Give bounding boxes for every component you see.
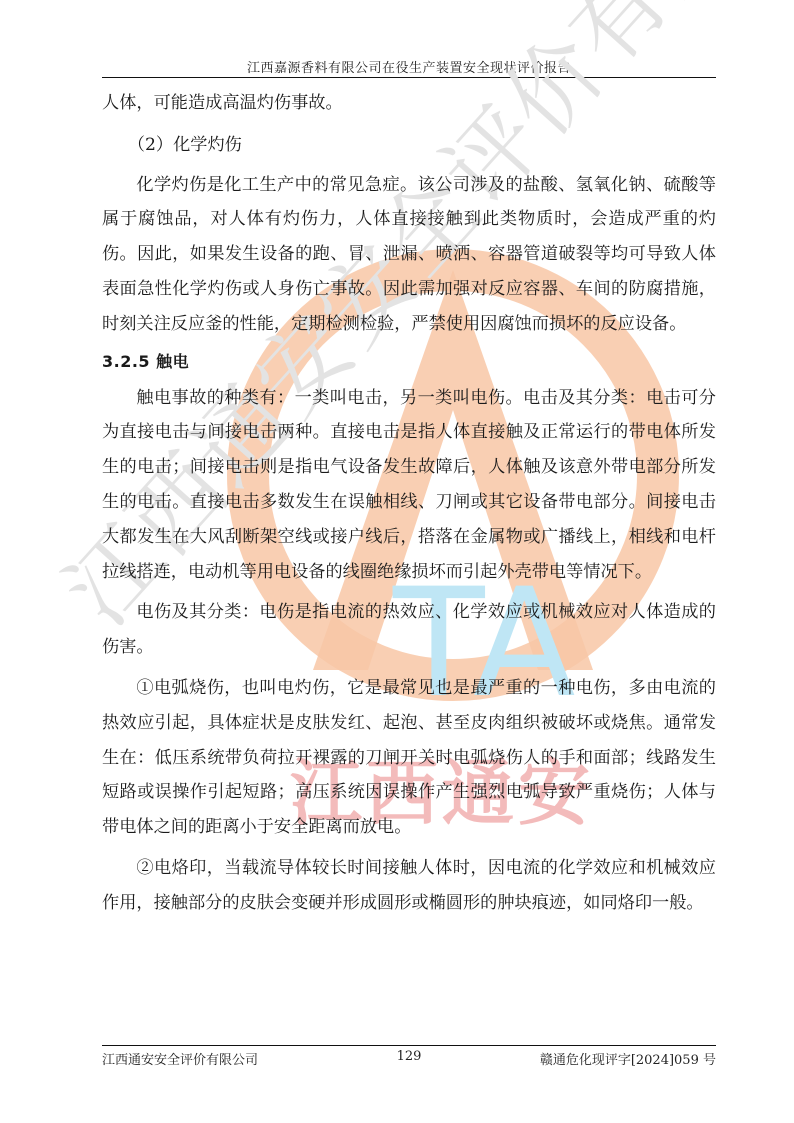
- paragraph-electric-shock: 触电事故的种类有：一类叫电击，另一类叫电伤。电击及其分类：电击可分为直接电击与间…: [102, 381, 716, 590]
- running-footer: 江西通安安全评价有限公司 129 赣通危化现评字[2024]059 号: [102, 1049, 716, 1069]
- section-heading: 3.2.5 触电: [102, 345, 716, 379]
- paragraph-arc-burn: ①电弧烧伤，也叫电灼伤，它是最常见也是最严重的一种电伤，多由电流的热效应引起，具…: [102, 671, 716, 845]
- paragraph-electric-injury: 电伤及其分类：电伤是指电流的热效应、化学效应或机械效应对人体造成的伤害。: [102, 595, 716, 665]
- running-header: 江西嘉源香料有限公司在役生产装置安全现状评价报告: [102, 57, 716, 76]
- paragraph-continuation: 人体，可能造成高温灼伤事故。: [102, 86, 716, 121]
- header-rule: [102, 77, 716, 78]
- paragraph-chemical-burn: 化学灼伤是化工生产中的常见急症。该公司涉及的盐酸、氢氧化钠、硫酸等属于腐蚀品，对…: [102, 168, 716, 342]
- paragraph-electric-mark: ②电烙印，当载流导体较长时间接触人体时，因电流的化学效应和机械效应作用，接触部分…: [102, 851, 716, 921]
- document-page: TA 江西通安安全评价有限公司 江西通安 江西嘉源香料有限公司在役生产装置安全现…: [0, 0, 794, 1123]
- footer-doc-number: 赣通危化现评字[2024]059 号: [540, 1049, 716, 1068]
- footer-rule: [102, 1045, 716, 1046]
- subheading-chemical-burn: （2）化学灼伤: [102, 128, 716, 163]
- body-text: 人体，可能造成高温灼伤事故。 （2）化学灼伤 化学灼伤是化工生产中的常见急症。该…: [102, 86, 716, 921]
